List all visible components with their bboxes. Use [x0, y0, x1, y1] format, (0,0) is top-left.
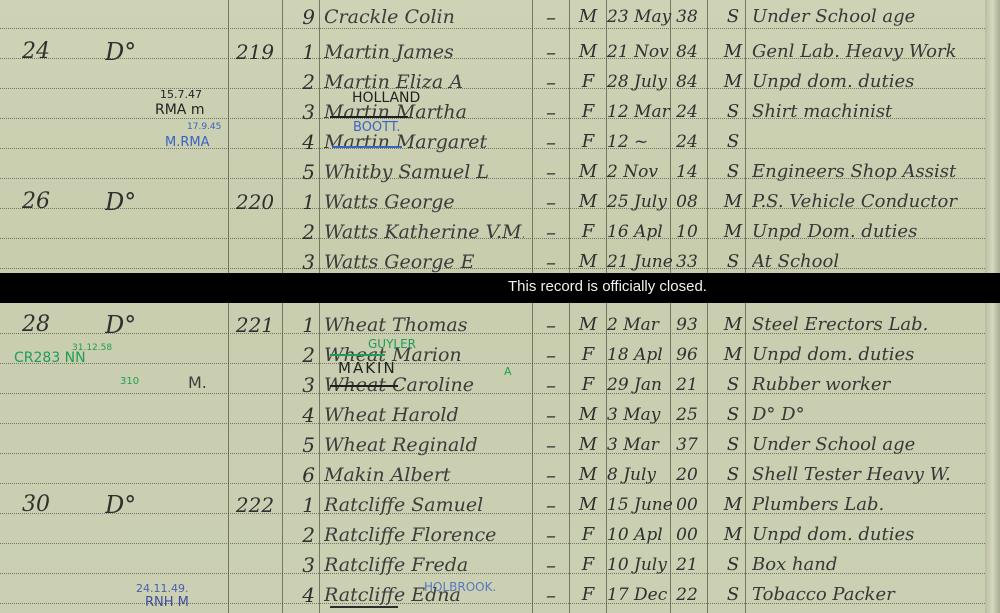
person-name: Crackle Colin	[324, 0, 524, 30]
person-occupation: Box hand	[752, 548, 982, 578]
address-ditto: D°	[105, 308, 205, 338]
schedule-number: 28	[22, 308, 102, 338]
annotation-code: 310	[120, 376, 139, 387]
person-year: 24	[672, 125, 702, 155]
person-occupation: D° D°	[752, 398, 982, 428]
closed-record-notice: This record is officially closed.	[508, 278, 707, 295]
table-row: 2 Martin Eliza A – F 28 July 84 M Unpd d…	[0, 65, 985, 95]
schedule-number: 30	[22, 488, 102, 518]
person-year: 08	[672, 185, 702, 215]
table-row: 5 Whitby Samuel L – M 2 Nov 14 S Enginee…	[0, 155, 985, 185]
person-sex: M	[573, 155, 603, 185]
person-sex: F	[573, 125, 603, 155]
person-marital: M	[718, 35, 748, 65]
person-dash: –	[540, 428, 562, 458]
table-row: 3 Ratcliffe Freda – F 10 July 21 S Box h…	[0, 548, 985, 578]
table-row: 3 Martin Martha – F 12 Mar 24 S Shirt ma…	[0, 95, 985, 125]
schedule-number: 26	[22, 185, 102, 215]
table-row: 4 Martin Margaret – F 12 ~ 24 S	[0, 125, 985, 155]
person-occupation: Engineers Shop Assist	[752, 155, 982, 185]
person-index: 4	[287, 578, 315, 608]
person-index: 6	[287, 458, 315, 488]
person-marital: S	[718, 125, 748, 155]
person-name: Whitby Samuel L	[324, 155, 524, 185]
person-year: 37	[672, 428, 702, 458]
person-index: 2	[287, 338, 315, 368]
person-index: 3	[287, 548, 315, 578]
person-sex: M	[573, 398, 603, 428]
person-marital: S	[718, 368, 748, 398]
person-dash: –	[540, 245, 562, 275]
person-dash: –	[540, 95, 562, 125]
annotation-mark: A	[504, 365, 512, 378]
person-occupation: Plumbers Lab.	[752, 488, 982, 518]
table-row: 3 Watts George E – M 21 June 33 S At Sch…	[0, 245, 985, 275]
person-marital: M	[718, 338, 748, 368]
person-name: Ratcliffe Freda	[324, 548, 524, 578]
person-marital: M	[718, 488, 748, 518]
person-marital: S	[718, 428, 748, 458]
person-marital: M	[718, 215, 748, 245]
person-sex: M	[573, 245, 603, 275]
person-index: 9	[287, 0, 315, 30]
person-dash: –	[540, 548, 562, 578]
person-sex: F	[573, 338, 603, 368]
annotation-code: M.RMA	[165, 135, 210, 150]
person-name: Watts George E	[324, 245, 524, 275]
person-marital: S	[718, 458, 748, 488]
page-edge	[985, 0, 1000, 613]
person-year: 14	[672, 155, 702, 185]
person-occupation: Genl Lab. Heavy Work	[752, 35, 982, 65]
strikethrough	[330, 606, 398, 608]
person-dash: –	[540, 368, 562, 398]
person-occupation: Unpd Dom. duties	[752, 215, 982, 245]
person-index: 5	[287, 428, 315, 458]
person-year: 84	[672, 65, 702, 95]
person-dash: –	[540, 398, 562, 428]
person-sex: F	[573, 65, 603, 95]
annotation-date: 24.11.49.	[136, 582, 188, 595]
table-row: 3 Wheat Caroline – F 29 Jan 21 S Rubber …	[0, 368, 985, 398]
person-occupation: Unpd dom. duties	[752, 338, 982, 368]
person-occupation: Tobacco Packer	[752, 578, 982, 608]
surname-correction: GUYLER	[368, 337, 416, 351]
household-number: 221	[230, 308, 280, 338]
person-year: 24	[672, 95, 702, 125]
person-dash: –	[540, 185, 562, 215]
person-sex: M	[573, 185, 603, 215]
person-occupation: Rubber worker	[752, 368, 982, 398]
person-index: 3	[287, 95, 315, 125]
table-row: 26 D° 220 1 Watts George – M 25 July 08 …	[0, 185, 985, 215]
person-occupation: Unpd dom. duties	[752, 65, 982, 95]
person-name: Ratcliffe Florence	[324, 518, 524, 548]
person-sex: F	[573, 548, 603, 578]
person-year: 10	[672, 215, 702, 245]
table-row: 30 D° 222 1 Ratcliffe Samuel – M 15 June…	[0, 488, 985, 518]
person-year: 20	[672, 458, 702, 488]
person-marital: M	[718, 518, 748, 548]
person-index: 2	[287, 215, 315, 245]
person-name: Watts George	[324, 185, 524, 215]
person-sex: M	[573, 488, 603, 518]
household-number: 222	[230, 488, 280, 518]
person-index: 5	[287, 155, 315, 185]
person-index: 2	[287, 65, 315, 95]
person-dash: –	[540, 215, 562, 245]
person-dash: –	[540, 65, 562, 95]
table-row: 2 Ratcliffe Florence – F 10 Apl 00 M Unp…	[0, 518, 985, 548]
person-dash: –	[540, 35, 562, 65]
person-marital: S	[718, 548, 748, 578]
surname-correction: BOOTT.	[353, 120, 400, 135]
person-dash: –	[540, 518, 562, 548]
table-row: 5 Wheat Reginald – M 3 Mar 37 S Under Sc…	[0, 428, 985, 458]
person-marital: M	[718, 65, 748, 95]
person-year: 84	[672, 35, 702, 65]
person-marital: S	[718, 578, 748, 608]
person-marital: M	[718, 308, 748, 338]
person-dash: –	[540, 125, 562, 155]
annotation-date: 17.9.45	[187, 122, 221, 132]
person-index: 1	[287, 308, 315, 338]
person-occupation: Unpd dom. duties	[752, 518, 982, 548]
address-ditto: D°	[105, 185, 205, 215]
person-index: 4	[287, 398, 315, 428]
person-dash: –	[540, 458, 562, 488]
person-index: 1	[287, 35, 315, 65]
person-dash: –	[540, 578, 562, 608]
person-year: 22	[672, 578, 702, 608]
person-occupation: At School	[752, 245, 982, 275]
person-occupation: Shell Tester Heavy W.	[752, 458, 982, 488]
person-dash: –	[540, 308, 562, 338]
person-marital: S	[718, 245, 748, 275]
person-sex: F	[573, 95, 603, 125]
person-sex: F	[573, 578, 603, 608]
person-year: 96	[672, 338, 702, 368]
person-sex: F	[573, 518, 603, 548]
person-occupation: Under School age	[752, 428, 982, 458]
person-index: 1	[287, 488, 315, 518]
table-row: 4 Wheat Harold – M 3 May 25 S D° D°	[0, 398, 985, 428]
schedule-number: 24	[22, 35, 102, 65]
household-number: 220	[230, 185, 280, 215]
person-sex: M	[573, 308, 603, 338]
person-occupation: Steel Erectors Lab.	[752, 308, 982, 338]
annotation-date: 15.7.47	[160, 88, 202, 101]
person-year: 33	[672, 245, 702, 275]
person-occupation: Under School age	[752, 0, 982, 30]
table-row: 28 D° 221 1 Wheat Thomas – M 2 Mar 93 M …	[0, 308, 985, 338]
strikethrough	[332, 146, 402, 148]
annotation-code: RMA m	[155, 102, 204, 118]
surname-correction: MAKIN	[338, 359, 397, 377]
household-number: 219	[230, 35, 280, 65]
person-name: Wheat Harold	[324, 398, 524, 428]
person-dash: –	[540, 0, 562, 30]
strikethrough	[330, 354, 385, 356]
person-index: 3	[287, 368, 315, 398]
address-ditto: D°	[105, 35, 205, 65]
person-year: 21	[672, 548, 702, 578]
annotation-code: CR283 NN	[14, 350, 86, 366]
person-occupation: P.S. Vehicle Conductor	[752, 185, 982, 215]
person-marital: M	[718, 185, 748, 215]
person-year: 93	[672, 308, 702, 338]
person-sex: M	[573, 458, 603, 488]
person-sex: M	[573, 35, 603, 65]
person-marital: S	[718, 398, 748, 428]
person-index: 2	[287, 518, 315, 548]
person-year: 38	[672, 0, 702, 30]
person-name: Wheat Reginald	[324, 428, 524, 458]
surname-correction: HOLBROOK.	[424, 580, 496, 594]
person-sex: F	[573, 215, 603, 245]
person-sex: M	[573, 428, 603, 458]
person-sex: M	[573, 0, 603, 30]
strikethrough	[330, 116, 408, 118]
table-row: 6 Makin Albert – M 8 July 20 S Shell Tes…	[0, 458, 985, 488]
person-sex: F	[573, 368, 603, 398]
table-row: 2 Watts Katherine V.M. – F 16 Apl 10 M U…	[0, 215, 985, 245]
person-occupation	[752, 125, 982, 155]
annotation-marital: M.	[188, 373, 207, 392]
person-name: Wheat Thomas	[324, 308, 524, 338]
person-index: 3	[287, 245, 315, 275]
person-occupation: Shirt machinist	[752, 95, 982, 125]
register-page: 9 Crackle Colin – M 23 May 38 S Under Sc…	[0, 0, 985, 613]
person-dash: –	[540, 488, 562, 518]
person-name: Martin James	[324, 35, 524, 65]
person-name: Ratcliffe Samuel	[324, 488, 524, 518]
person-index: 4	[287, 125, 315, 155]
table-row: 2 Wheat Marion – F 18 Apl 96 M Unpd dom.…	[0, 338, 985, 368]
address-ditto: D°	[105, 488, 205, 518]
person-name: Makin Albert	[324, 458, 524, 488]
person-year: 21	[672, 368, 702, 398]
person-marital: S	[718, 155, 748, 185]
annotation-code: RNH M	[145, 595, 189, 610]
surname-correction: HOLLAND	[352, 90, 420, 106]
table-row: 24 D° 219 1 Martin James – M 21 Nov 84 M…	[0, 35, 985, 65]
strikethrough	[330, 385, 398, 387]
person-year: 00	[672, 488, 702, 518]
closed-record-banner: This record is officially closed.	[0, 273, 1000, 303]
person-name: Watts Katherine V.M.	[324, 215, 524, 245]
person-year: 25	[672, 398, 702, 428]
person-marital: S	[718, 0, 748, 30]
table-row: 9 Crackle Colin – M 23 May 38 S Under Sc…	[0, 0, 985, 30]
person-index: 1	[287, 185, 315, 215]
person-dash: –	[540, 155, 562, 185]
person-marital: S	[718, 95, 748, 125]
person-year: 00	[672, 518, 702, 548]
person-dash: –	[540, 338, 562, 368]
